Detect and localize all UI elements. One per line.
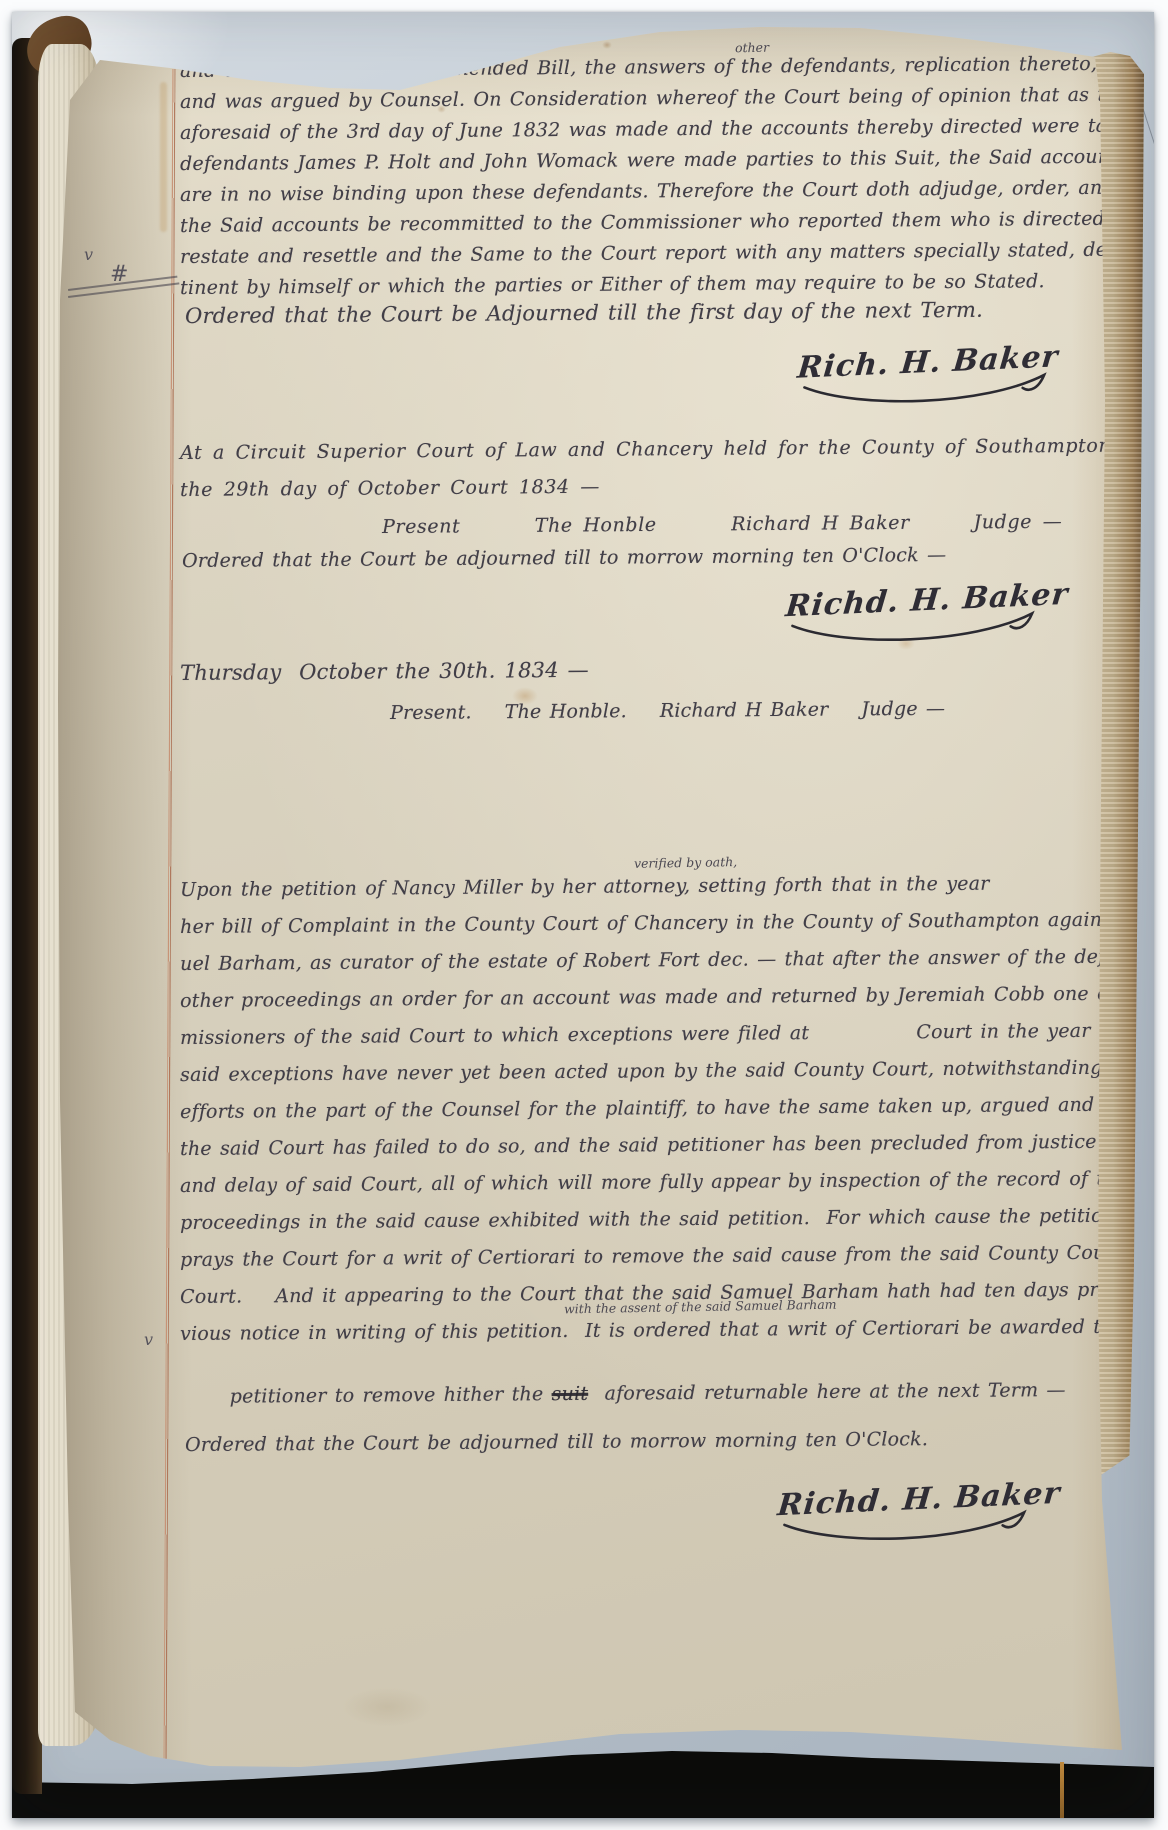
session-header-line: the 29th day of October Court 1834 — [180,474,600,503]
present-line: Present The Honble Richard H Baker Judge… [382,509,1062,540]
screenshot-root: { "document_kind": "handwritten court mi… [0,0,1168,1830]
photograph-background: other and the filing of the said amended… [12,12,1154,1818]
margin-check-mark: v [144,1330,153,1349]
manuscript-line: petitioner to remove hither the suit afo… [180,1351,1066,1436]
session-header-line: At a Circuit Superior Court of Law and C… [180,432,1147,466]
manuscript-line: the Said accounts be recommitted to the … [180,205,1154,239]
line-segment: petitioner to remove hither the [230,1383,552,1408]
manuscript-line: and delay of said Court, all of which wi… [180,1166,1128,1199]
judge-signature: Richd. H. Baker [777,1476,1062,1547]
line-segment: aforesaid returnable here at the next Te… [588,1379,1066,1405]
date-header: Thursday October the 30th. 1834 — [180,657,589,686]
adjournment-order: Ordered that the Court be adjourned till… [182,542,946,574]
margin-check-mark: v [84,245,93,264]
manuscript-line: other proceedings an order for an accoun… [180,980,1154,1014]
foxing-stain [342,1687,432,1727]
manuscript-line: prays the Court for a writ of Certiorari… [180,1239,1154,1273]
background-strap-line [1060,1762,1064,1818]
judge-signature: Rich. H. Baker [797,339,1060,409]
manuscript-line: restate and resettle and the Same to the… [180,236,1154,270]
manuscript-line: uel Barham, as curator of the estate of … [180,943,1154,977]
manuscript-line: missioners of the said Court to which ex… [180,1016,1154,1051]
interlineation-oath: verified by oath, [634,854,737,871]
foxing-stain [602,41,612,49]
present-line: Present. The Honble. Richard H Baker Jud… [390,696,945,726]
adjournment-order: Ordered that the Court be Adjourned till… [185,297,983,329]
manuscript-line: Upon the petition of Nancy Miller by her… [180,868,1154,903]
manuscript-line: said exceptions have never yet been acte… [180,1054,1154,1088]
manuscript-line: tinent by himself or which the parties o… [180,268,1045,301]
manuscript-line: proceedings in the said cause exhibited … [180,1202,1136,1236]
judge-signature: Richd. H. Baker [785,577,1070,648]
margin-stain-streak [160,82,167,232]
struck-word: suit [552,1383,589,1405]
manuscript-line: are in no wise binding upon these defend… [180,174,1154,208]
manuscript-line: efforts on the part of the Counsel for t… [180,1091,1154,1125]
manuscript-line: her bill of Complaint in the County Cour… [180,906,1154,940]
manuscript-line: vious notice in writing of this petition… [180,1314,1125,1347]
adjournment-order: Ordered that the Court be adjourned till… [185,1426,928,1458]
manuscript-page: other and the filing of the said amended… [42,27,1132,1772]
manuscript-line: defendants James P. Holt and John Womack… [180,143,1154,177]
manuscript-line: the said Court has failed to do so, and … [180,1128,1154,1162]
